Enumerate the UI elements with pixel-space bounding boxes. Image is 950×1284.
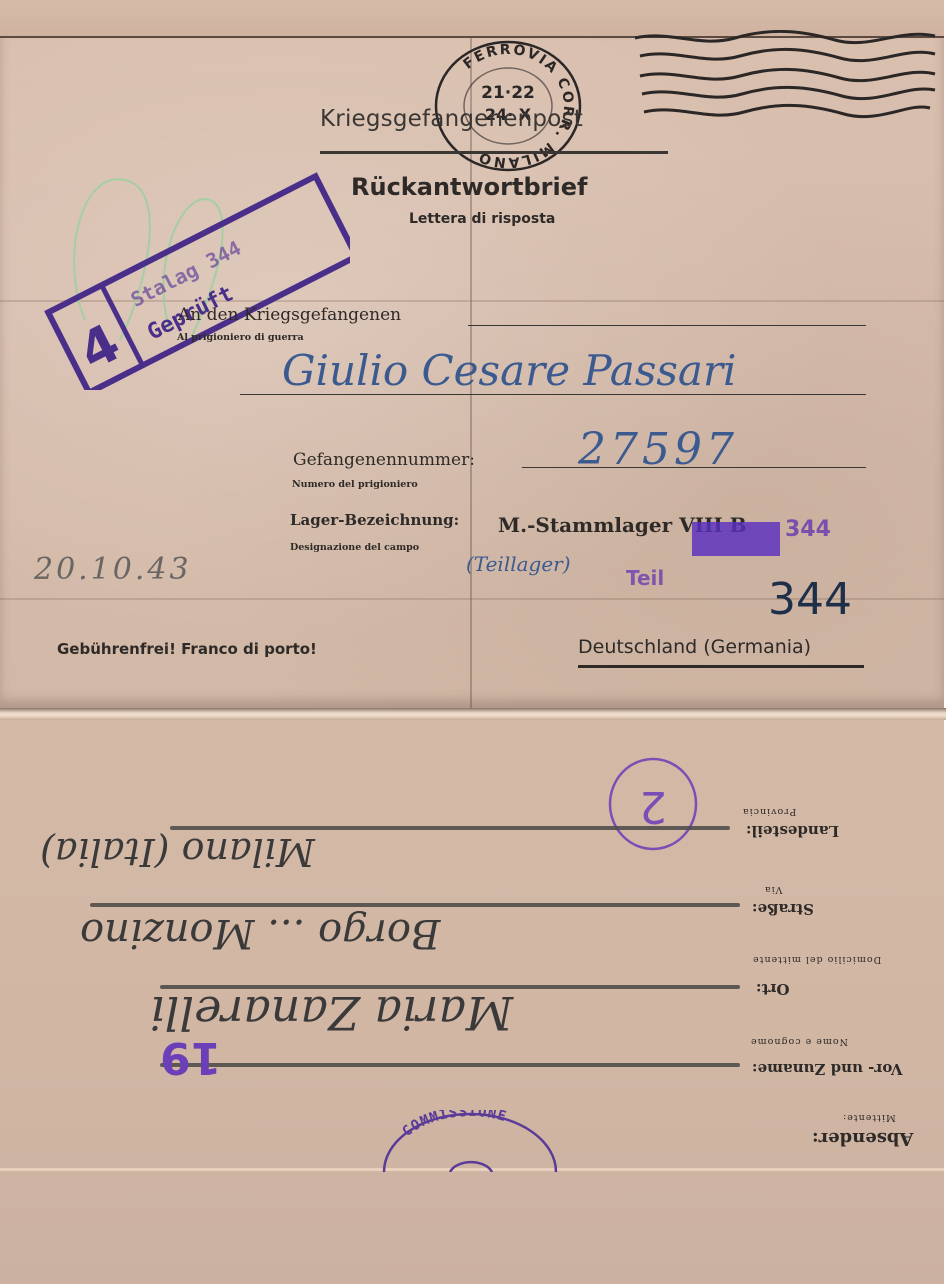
name-line [240,394,866,395]
sub-camp-stamp: Teil [626,566,664,590]
wavy-cancellation-lines [630,30,940,130]
province-label-it: Provincia [742,806,796,817]
sender-label: Absender: [812,1128,913,1149]
sender-street-value: Borgo ... Monzino [80,910,440,956]
postage-free-note: Gebührenfrei! Franco di porto! [57,640,317,658]
domicile-label-it: Domicilio del mittente [752,954,881,965]
form-subtitle: Rückantwortbrief [351,173,587,201]
prisoner-number-value: 27597 [578,424,738,475]
recipient-label: An den Kriegsgefangenen [178,305,401,325]
field-line [90,903,740,907]
destination-country: Deutschland (Germania) [578,636,811,658]
name-label: Vor- und Zuname: [752,1060,903,1078]
name-label-it: Nome e cognome [750,1036,848,1047]
camp-handwritten-number: 344 [768,574,852,625]
prisoner-number-label: Gefangenennummer: [293,450,475,470]
field-line [160,1063,740,1067]
sub-camp-label: (Teillager) [466,552,571,576]
circled-number-stamp-icon: 2 [607,756,699,852]
commission-stamp-icon: COMMISSIONE [380,1110,560,1172]
violet-number-stamp: 19 [160,1032,221,1083]
recipient-label-it: Al prigioniero di guerra [177,332,304,343]
svg-text:2: 2 [639,781,667,832]
form-subtitle-it: Lettera di risposta [409,211,555,227]
camp-redaction-stamp [692,522,780,556]
prisoner-number-label-it: Numero del prigioniero [292,479,418,490]
margin-date-note: 20.10.43 [34,552,192,587]
sender-province-value: Milano (Italia) [40,830,315,874]
province-label: Landesteil: [746,822,839,840]
town-label: Ort: [756,980,789,998]
svg-text:COMMISSIONE: COMMISSIONE [399,1110,508,1140]
title-rule [320,151,668,154]
camp-label-it: Designazione del campo [290,542,419,553]
form-title: Kriegsgefangenenpost [320,106,583,132]
recipient-name: Giulio Cesare Passari [282,346,736,395]
recipient-line [468,325,866,326]
street-label: Straße: [752,900,814,918]
svg-text:21·22: 21·22 [481,83,535,103]
street-label-it: Via [764,884,782,895]
country-rule [578,665,864,668]
sender-label-it: Mittente: [842,1112,896,1123]
horizontal-fold [0,708,946,720]
camp-label: Lager-Bezeichnung: [290,511,459,529]
camp-stamp-overprint: 344 [785,517,831,542]
